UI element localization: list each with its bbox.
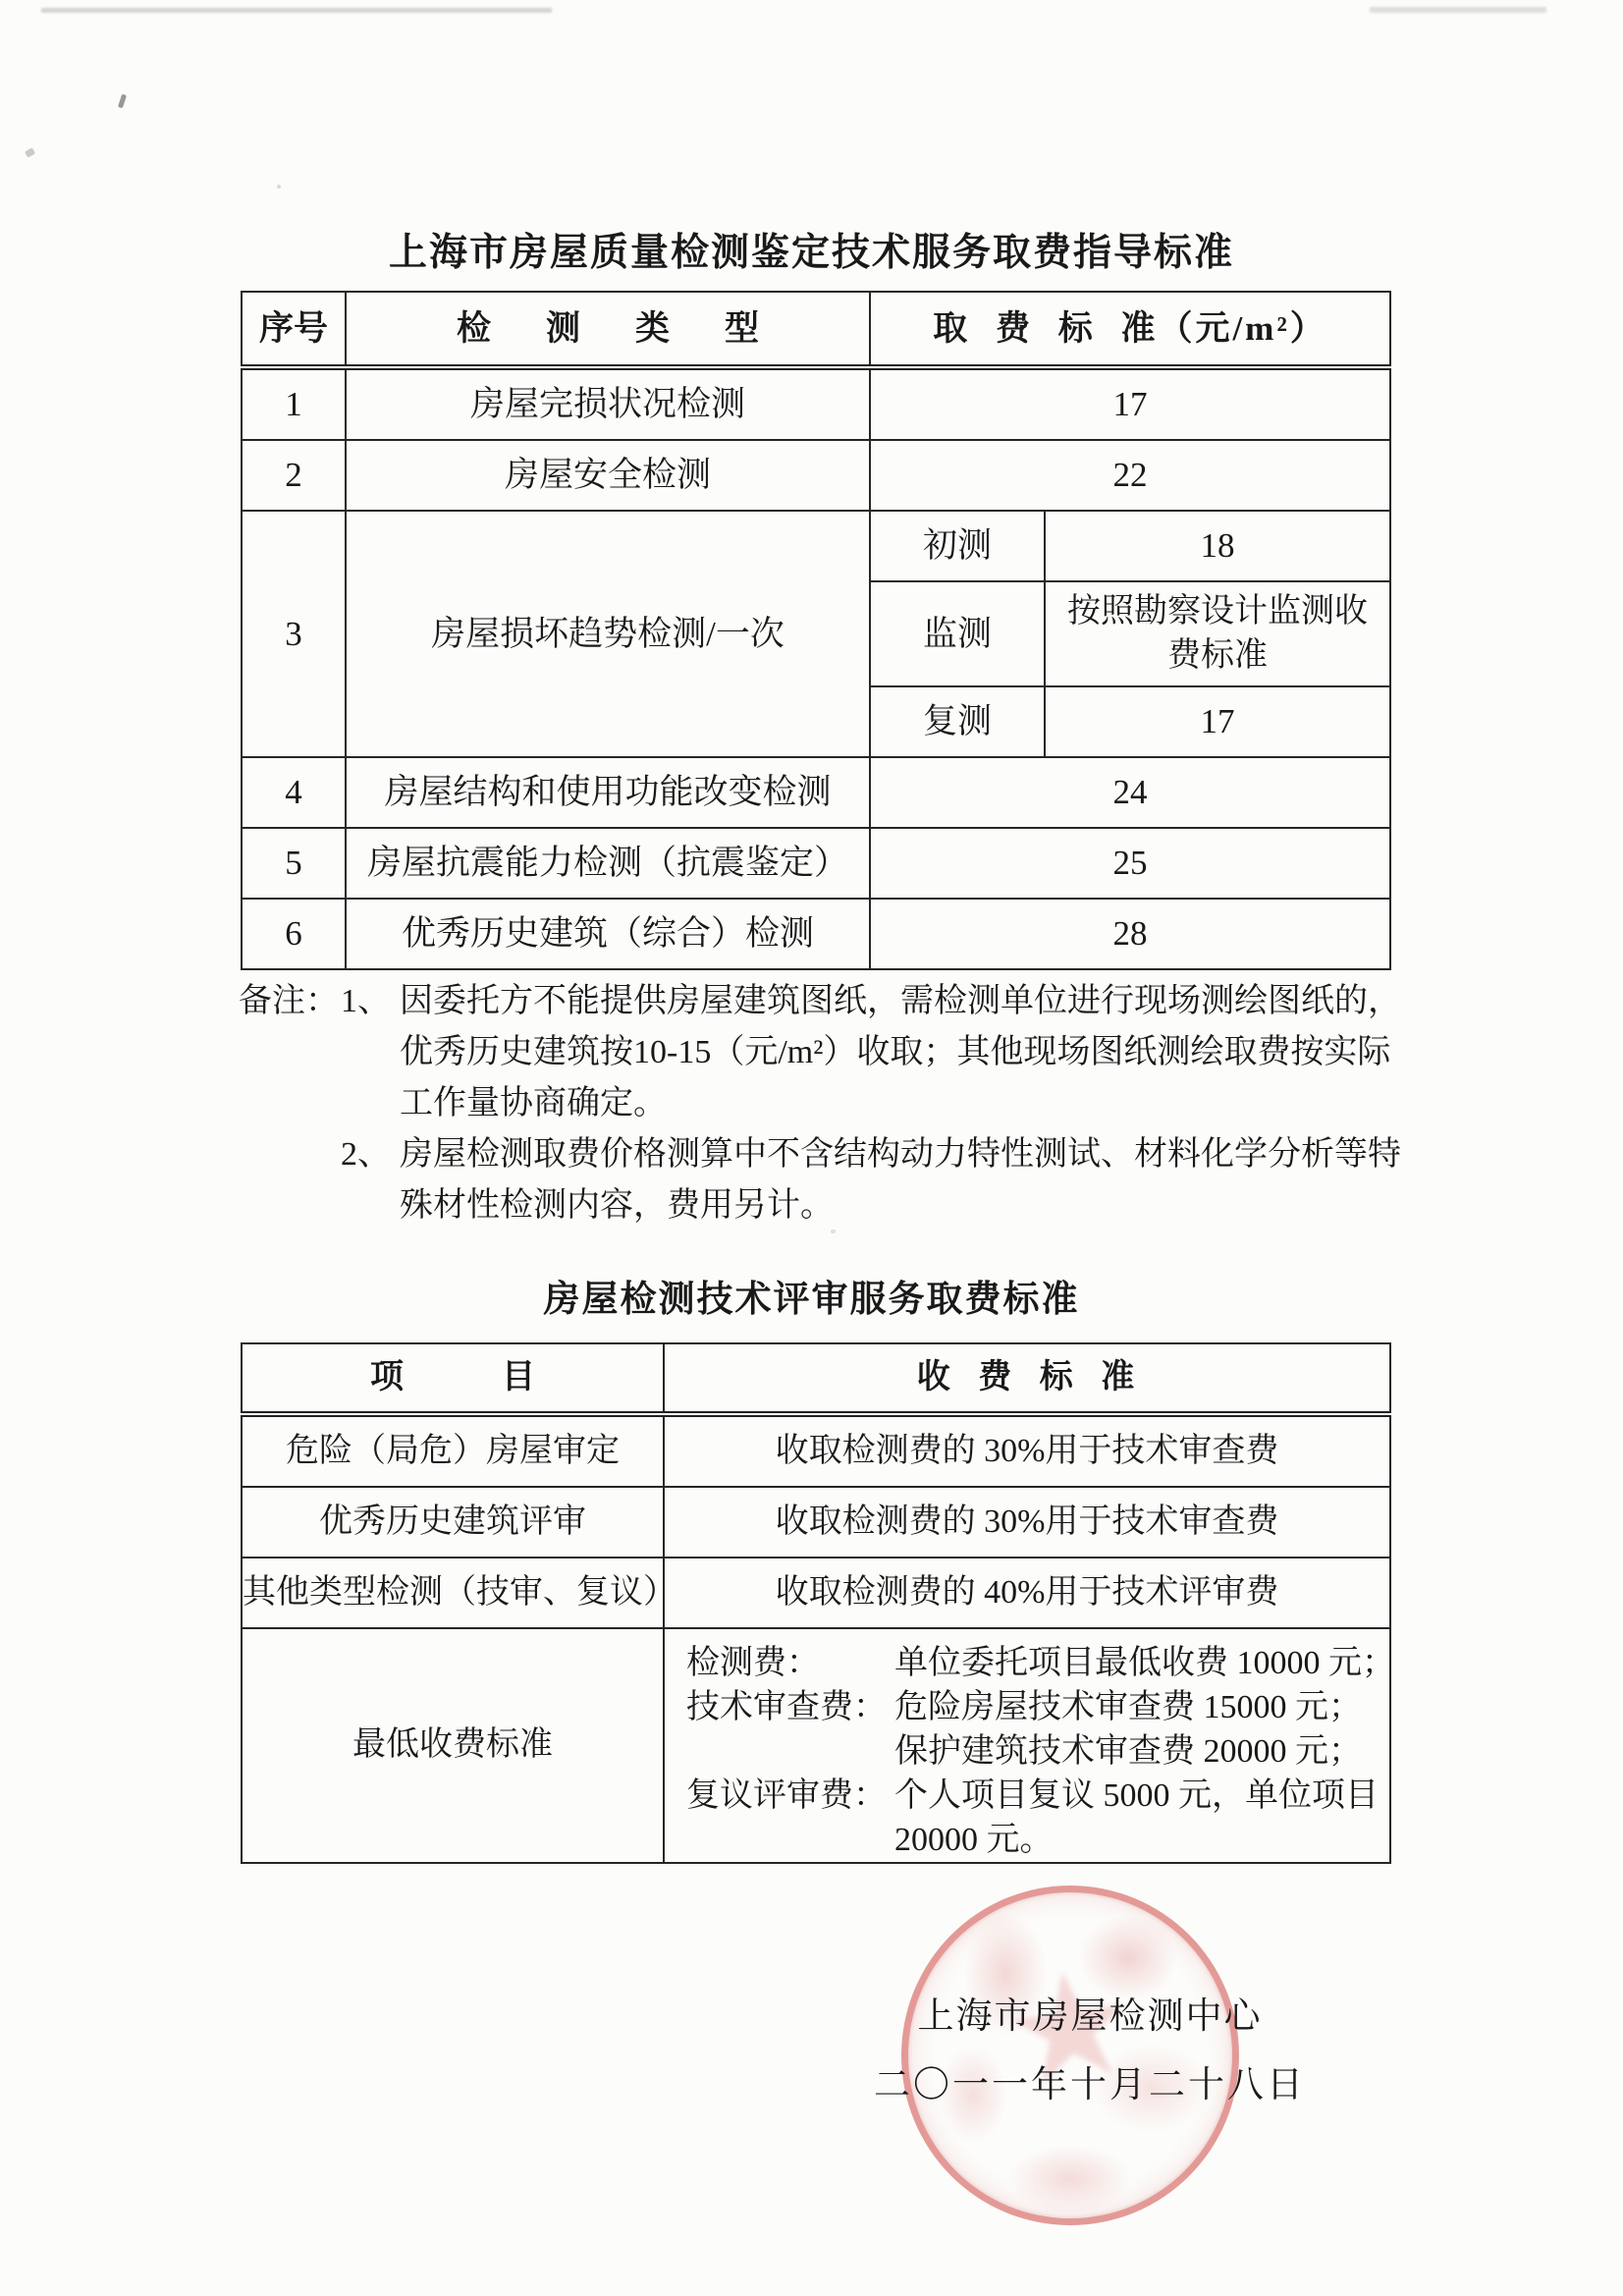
remark-item-1: 备注： 1、 因委托方不能提供房屋建筑图纸，需检测单位进行现场测绘图纸的， 优秀…: [239, 976, 1407, 1129]
table2-header-item: 项目: [242, 1343, 664, 1414]
remark-line: 殊材性检测内容，费用另计。: [400, 1180, 1407, 1231]
fee-line-text: 保护建筑技术审查费 20000 元；: [894, 1729, 1380, 1774]
subrow-fee: 18: [1045, 511, 1390, 581]
table2-header-fee: 收 费 标 准: [664, 1343, 1390, 1414]
row-fee: 24: [870, 757, 1390, 828]
row-no: 2: [242, 440, 346, 511]
remark-line: 因委托方不能提供房屋建筑图纸，需检测单位进行现场测绘图纸的，: [400, 976, 1407, 1027]
remark-line: 房屋检测取费价格测算中不含结构动力特性测试、材料化学分析等特: [400, 1129, 1407, 1180]
fee-line: 20000 元。: [686, 1818, 1380, 1862]
row-fee-detail: 检测费： 单位委托项目最低收费 10000 元； 技术审查费： 危险房屋技术审查…: [664, 1628, 1390, 1863]
row-fee: 22: [870, 440, 1390, 511]
table1-header-no: 序号: [242, 292, 346, 367]
row-type: 房屋损坏趋势检测/一次: [346, 511, 870, 757]
table1-header-type: 检测类型: [346, 292, 870, 367]
remark-line: 工作量协商确定。: [400, 1078, 1407, 1129]
table2-row-3: 其他类型检测（技审、复议） 收取检测费的 40%用于技术评审费: [242, 1558, 1390, 1628]
table1-row-4: 4 房屋结构和使用功能改变检测 24: [242, 757, 1390, 828]
fee-line-text: 个人项目复议 5000 元，单位项目: [894, 1774, 1380, 1818]
fee-line-label: [686, 1818, 894, 1862]
subrow-label: 复测: [870, 686, 1045, 757]
table1-header-row: 序号 检测类型 取 费 标 准（元/m²）: [242, 292, 1390, 367]
subrow-label: 初测: [870, 511, 1045, 581]
table2-row-1: 危险（局危）房屋审定 收取检测费的 30%用于技术审查费: [242, 1414, 1390, 1487]
fee-line: 保护建筑技术审查费 20000 元；: [686, 1729, 1380, 1774]
fee-line: 复议评审费： 个人项目复议 5000 元，单位项目: [686, 1774, 1380, 1818]
scan-speck: [118, 94, 127, 109]
remarks-section: 备注： 1、 因委托方不能提供房屋建筑图纸，需检测单位进行现场测绘图纸的， 优秀…: [239, 976, 1407, 1231]
fee-line-label: 复议评审费：: [686, 1774, 894, 1818]
table2-header-row: 项目 收 费 标 准: [242, 1343, 1390, 1414]
remark-text: 房屋检测取费价格测算中不含结构动力特性测试、材料化学分析等特 殊材性检测内容，费…: [400, 1129, 1407, 1231]
row-item: 优秀历史建筑评审: [242, 1487, 664, 1558]
row-fee: 17: [870, 367, 1390, 440]
remark-number: 2、: [341, 1129, 400, 1231]
row-type: 优秀历史建筑（综合）检测: [346, 899, 870, 969]
table2-row-4-minimum-fees: 最低收费标准 检测费： 单位委托项目最低收费 10000 元； 技术审查费： 危…: [242, 1628, 1390, 1863]
table1-row-1: 1 房屋完损状况检测 17: [242, 367, 1390, 440]
row-item: 最低收费标准: [242, 1628, 664, 1863]
fee-line-label: 技术审查费：: [686, 1685, 894, 1729]
remark-number: 1、: [341, 976, 400, 1129]
row-fee: 25: [870, 828, 1390, 899]
fee-line-text: 危险房屋技术审查费 15000 元；: [894, 1685, 1380, 1729]
row-item: 其他类型检测（技审、复议）: [242, 1558, 664, 1628]
review-fee-table: 项目 收 费 标 准 危险（局危）房屋审定 收取检测费的 30%用于技术审查费 …: [241, 1342, 1391, 1864]
table1-row-6: 6 优秀历史建筑（综合）检测 28: [242, 899, 1390, 969]
row-no: 6: [242, 899, 346, 969]
row-type: 房屋安全检测: [346, 440, 870, 511]
row-item: 危险（局危）房屋审定: [242, 1414, 664, 1487]
row-fee: 收取检测费的 40%用于技术评审费: [664, 1558, 1390, 1628]
scan-streak: [1370, 7, 1546, 13]
remark-item-2: 2、 房屋检测取费价格测算中不含结构动力特性测试、材料化学分析等特 殊材性检测内…: [239, 1129, 1407, 1231]
subrow-label: 监测: [870, 581, 1045, 686]
scanned-document-page: 上海市房屋质量检测鉴定技术服务取费指导标准 序号 检测类型 取 费 标 准（元/…: [0, 0, 1623, 2296]
row-type: 房屋完损状况检测: [346, 367, 870, 440]
row-no: 5: [242, 828, 346, 899]
remark-text: 因委托方不能提供房屋建筑图纸，需检测单位进行现场测绘图纸的， 优秀历史建筑按10…: [400, 976, 1407, 1129]
row-type: 房屋结构和使用功能改变检测: [346, 757, 870, 828]
row-fee: 收取检测费的 30%用于技术审查费: [664, 1487, 1390, 1558]
remarks-label: 备注：: [239, 976, 341, 1129]
subrow-fee: 17: [1045, 686, 1390, 757]
remark-line: 优秀历史建筑按10-15（元/m²）收取；其他现场图纸测绘取费按实际: [400, 1027, 1407, 1078]
signature-organization: 上海市房屋检测中心: [844, 1986, 1335, 2039]
row-type: 房屋抗震能力检测（抗震鉴定）: [346, 828, 870, 899]
scan-speck: [277, 185, 281, 189]
table1-row-2: 2 房屋安全检测 22: [242, 440, 1390, 511]
row-fee: 28: [870, 899, 1390, 969]
subrow-fee: 按照勘察设计监测收费标准: [1045, 581, 1390, 686]
inspection-fee-table: 序号 检测类型 取 费 标 准（元/m²） 1 房屋完损状况检测 17 2 房屋…: [241, 291, 1391, 970]
table1-header-fee: 取 费 标 准（元/m²）: [870, 292, 1390, 367]
row-no: 1: [242, 367, 346, 440]
scan-streak: [41, 8, 552, 13]
row-fee: 收取检测费的 30%用于技术审查费: [664, 1414, 1390, 1487]
signature-date: 二〇一一年十月二十八日: [815, 2054, 1365, 2107]
document-title-fee-guide: 上海市房屋质量检测鉴定技术服务取费指导标准: [0, 222, 1623, 277]
fee-line-label: [686, 1729, 894, 1774]
row-no: 4: [242, 757, 346, 828]
fee-line-text: 20000 元。: [894, 1818, 1380, 1862]
document-title-review-fee: 房屋检测技术评审服务取费标准: [0, 1269, 1623, 1322]
fee-line: 检测费： 单位委托项目最低收费 10000 元；: [686, 1641, 1380, 1685]
table1-row-3-initial: 3 房屋损坏趋势检测/一次 初测 18: [242, 511, 1390, 581]
fee-line: 技术审查费： 危险房屋技术审查费 15000 元；: [686, 1685, 1380, 1729]
row-no: 3: [242, 511, 346, 757]
table1-row-5: 5 房屋抗震能力检测（抗震鉴定） 25: [242, 828, 1390, 899]
fee-line-text: 单位委托项目最低收费 10000 元；: [894, 1641, 1390, 1685]
fee-line-label: 检测费：: [686, 1641, 894, 1685]
scan-speck: [25, 147, 35, 158]
table2-row-2: 优秀历史建筑评审 收取检测费的 30%用于技术审查费: [242, 1487, 1390, 1558]
